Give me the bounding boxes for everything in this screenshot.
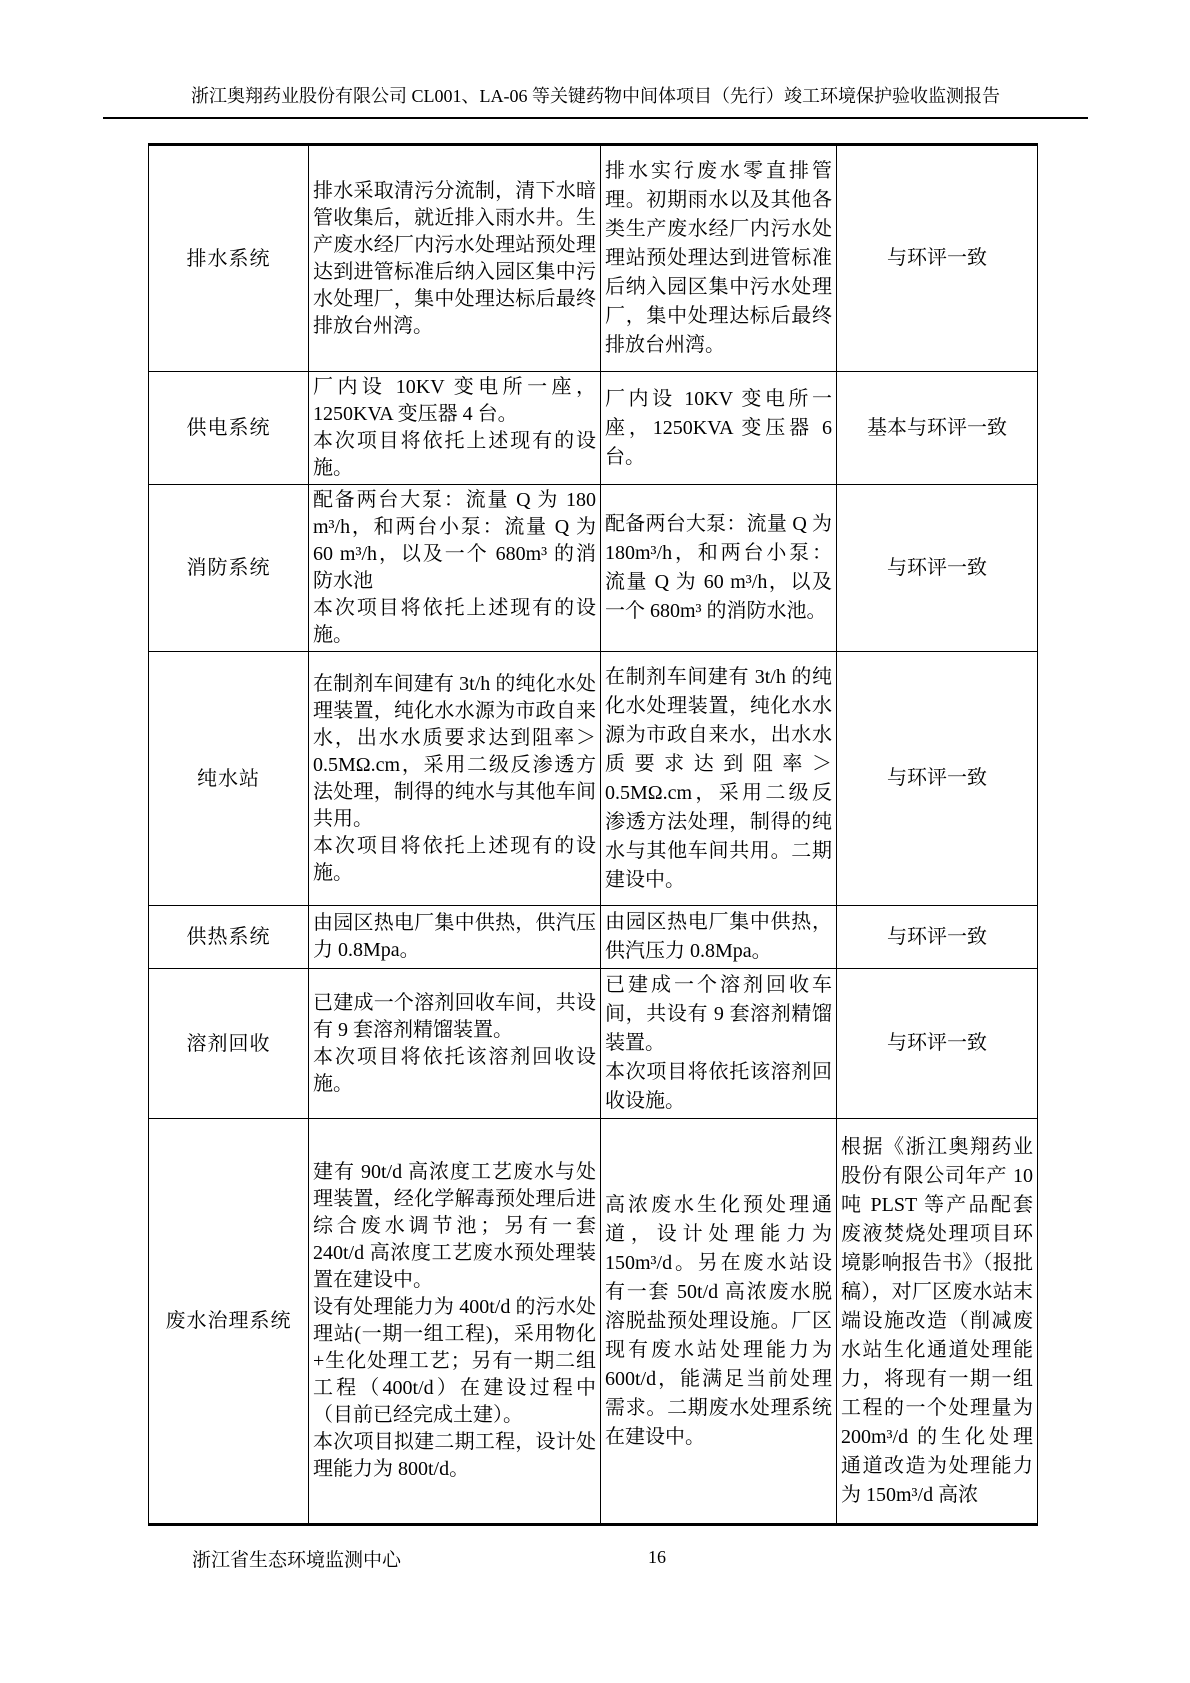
cell-eia-description: 厂内设 10KV 变电所一座，1250KVA 变压器 4 台。 本次项目将依托上… [309, 372, 601, 485]
document-page: 浙江奥翔药业股份有限公司 CL001、LA-06 等关键药物中间体项目（先行）竣… [0, 0, 1190, 1683]
row-name-wastewater-treatment: 废水治理系统 [149, 1119, 309, 1525]
footer-organization: 浙江省生态环境监测中心 [192, 1545, 401, 1572]
table-row: 消防系统 配备两台大泵：流量 Q 为 180 m³/h，和两台小泵：流量 Q 为… [149, 485, 1038, 652]
table-row: 供热系统 由园区热电厂集中供热，供汽压力 0.8Mpa。 由园区热电厂集中供热，… [149, 906, 1038, 969]
cell-conclusion: 与环评一致 [837, 652, 1038, 906]
cell-actual-description: 已建成一个溶剂回收车间，共设有 9 套溶剂精馏装置。 本次项目将依托该溶剂回收设… [601, 969, 837, 1119]
cell-actual-description: 在制剂车间建有 3t/h 的纯化水处理装置，纯化水水源为市政自来水，出水水质要求… [601, 652, 837, 906]
row-name-heat-supply: 供热系统 [149, 906, 309, 969]
table-row: 供电系统 厂内设 10KV 变电所一座，1250KVA 变压器 4 台。 本次项… [149, 372, 1038, 485]
cell-conclusion: 基本与环评一致 [837, 372, 1038, 485]
cell-actual-description: 高浓废水生化预处理通道，设计处理能力为 150m³/d。另在废水站设有一套 50… [601, 1119, 837, 1525]
row-name-pure-water-station: 纯水站 [149, 652, 309, 906]
table-row: 纯水站 在制剂车间建有 3t/h 的纯化水处理装置，纯化水水源为市政自来水，出水… [149, 652, 1038, 906]
cell-eia-description: 在制剂车间建有 3t/h 的纯化水处理装置，纯化水水源为市政自来水，出水水质要求… [309, 652, 601, 906]
cell-conclusion: 与环评一致 [837, 485, 1038, 652]
page-header: 浙江奥翔药业股份有限公司 CL001、LA-06 等关键药物中间体项目（先行）竣… [103, 84, 1088, 119]
cell-eia-description: 配备两台大泵：流量 Q 为 180 m³/h，和两台小泵：流量 Q 为 60 m… [309, 485, 601, 652]
cell-actual-description: 由园区热电厂集中供热，供汽压力 0.8Mpa。 [601, 906, 837, 969]
cell-conclusion: 根据《浙江奥翔药业股份有限公司年产 10 吨 PLST 等产品配套废液焚烧处理项… [837, 1119, 1038, 1525]
row-name-fire-protection: 消防系统 [149, 485, 309, 652]
footer-page-number: 16 [648, 1547, 666, 1568]
cell-eia-description: 建有 90t/d 高浓度工艺废水与处理装置，经化学解毒预处理后进综合废水调节池；… [309, 1119, 601, 1525]
cell-actual-description: 配备两台大泵：流量 Q 为 180m³/h，和两台小泵：流量 Q 为 60 m³… [601, 485, 837, 652]
row-name-solvent-recovery: 溶剂回收 [149, 969, 309, 1119]
cell-eia-description: 由园区热电厂集中供热，供汽压力 0.8Mpa。 [309, 906, 601, 969]
cell-eia-description: 已建成一个溶剂回收车间，共设有 9 套溶剂精馏装置。 本次项目将依托该溶剂回收设… [309, 969, 601, 1119]
cell-actual-description: 厂内设 10KV 变电所一座，1250KVA 变压器 6 台。 [601, 372, 837, 485]
page-title: 浙江奥翔药业股份有限公司 CL001、LA-06 等关键药物中间体项目（先行）竣… [191, 86, 1000, 106]
facilities-comparison-table: 排水系统 排水采取清污分流制，清下水暗管收集后，就近排入雨水井。生产废水经厂内污… [148, 143, 1038, 1526]
table-row: 废水治理系统 建有 90t/d 高浓度工艺废水与处理装置，经化学解毒预处理后进综… [149, 1119, 1038, 1525]
row-name-power-supply: 供电系统 [149, 372, 309, 485]
cell-eia-description: 排水采取清污分流制，清下水暗管收集后，就近排入雨水井。生产废水经厂内污水处理站预… [309, 145, 601, 372]
cell-conclusion: 与环评一致 [837, 906, 1038, 969]
cell-conclusion: 与环评一致 [837, 969, 1038, 1119]
table-row: 排水系统 排水采取清污分流制，清下水暗管收集后，就近排入雨水井。生产废水经厂内污… [149, 145, 1038, 372]
cell-conclusion: 与环评一致 [837, 145, 1038, 372]
row-name-drainage: 排水系统 [149, 145, 309, 372]
table-row: 溶剂回收 已建成一个溶剂回收车间，共设有 9 套溶剂精馏装置。 本次项目将依托该… [149, 969, 1038, 1119]
cell-actual-description: 排水实行废水零直排管理。初期雨水以及其他各类生产废水经厂内污水处理站预处理达到进… [601, 145, 837, 372]
